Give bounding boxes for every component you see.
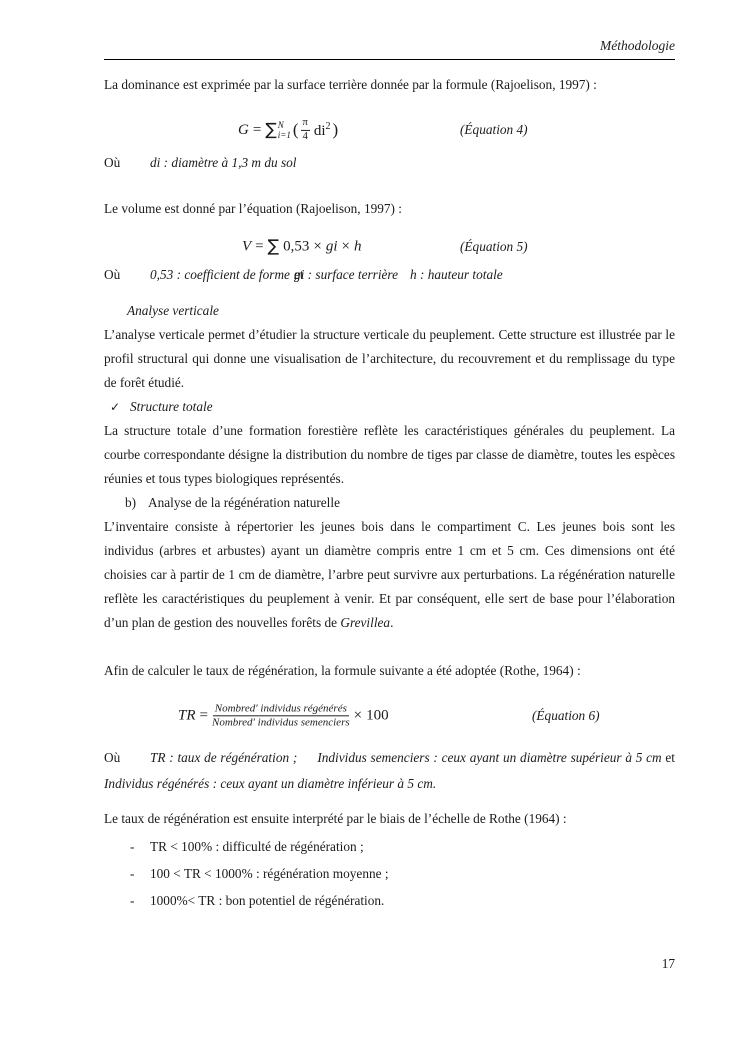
eq4-frac-num: π	[301, 117, 310, 131]
item-b-regeneration: b)Analyse de la régénération naturelle	[104, 491, 675, 515]
eq6-equals: =	[200, 708, 208, 725]
eq4-open-paren: (	[293, 120, 299, 140]
list-item-text: 100 < TR < 1000% : régénération moyenne …	[150, 866, 389, 881]
eq5-times-1: ×	[313, 239, 321, 256]
eq6-lhs: TR	[178, 708, 196, 725]
paragraph-inventaire: L’inventaire consiste à répertorier les …	[104, 515, 675, 635]
genus-name: Grevillea	[340, 615, 390, 630]
running-header: Méthodologie	[104, 38, 675, 54]
eq4-frac-den: 4	[303, 131, 308, 144]
sum-icon: ∑	[265, 122, 276, 139]
bullet-structure-totale: ✓Structure totale	[104, 395, 675, 419]
eq4-di: di	[314, 123, 326, 139]
list-item: -TR < 100% : difficulté de régénération …	[104, 833, 675, 860]
eq6-times: ×	[354, 708, 362, 725]
list-item: -100 < TR < 1000% : régénération moyenne…	[104, 860, 675, 887]
eq5-lhs: V	[242, 239, 251, 256]
equation-5: V = ∑ 0,53 × gi × h (Équation 5)	[104, 235, 675, 259]
eq6-fraction: Nombred′ individus régénérés Nombred′ in…	[212, 702, 350, 729]
page-number: 17	[662, 956, 675, 972]
equation-4-body: G = ∑ N i=1 ( π 4 di2 )	[238, 117, 336, 143]
ou5-seg3: h : hauteur totale	[410, 267, 503, 283]
checkmark-icon: ✓	[110, 395, 130, 419]
eq6-denominator: Nombred′ individus semenciers	[212, 717, 350, 730]
ou-prefix: Où	[104, 745, 150, 771]
document-page: Méthodologie La dominance est exprimée p…	[0, 0, 745, 1053]
list-dash: -	[130, 860, 150, 887]
list-item-text: 1000%< TR : bon potentiel de régénératio…	[150, 893, 384, 908]
bullet-label: Structure totale	[130, 399, 213, 414]
eq5-gi: gi	[326, 239, 338, 256]
paragraph-volume: Le volume est donné par l’équation (Rajo…	[104, 197, 675, 221]
paragraph-interpretation: Le taux de régénération est ensuite inte…	[104, 807, 675, 831]
inventaire-text: L’inventaire consiste à répertorier les …	[104, 519, 675, 630]
equation-4-label: (Équation 4)	[460, 122, 528, 138]
ou6-seg1: TR : taux de régénération ;	[150, 750, 297, 765]
eq6-numerator: Nombred′ individus régénérés	[213, 702, 349, 716]
list-dash: -	[130, 833, 150, 860]
list-dash: -	[130, 887, 150, 914]
ou-line-eq5: Où 0,53 : coefficient de forme ; gi : su…	[104, 267, 675, 287]
rothe-scale-list: -TR < 100% : difficulté de régénération …	[104, 833, 675, 914]
ou5-seg2: gi : surface terrière	[294, 267, 398, 283]
eq5-coefficient: 0,53	[283, 239, 309, 256]
sum-icon: ∑	[268, 239, 279, 256]
item-marker: b)	[125, 491, 148, 515]
ou5-seg1: 0,53 : coefficient de forme ;	[150, 267, 298, 283]
eq6-hundred: 100	[366, 708, 389, 725]
eq4-exponent: 2	[326, 121, 331, 132]
eq4-argument: di2	[314, 121, 331, 140]
eq5-times-2: ×	[342, 239, 350, 256]
heading-analyse-verticale: Analyse verticale	[127, 299, 675, 323]
ou5-et: et	[294, 267, 304, 283]
eq4-sum-limits: N i=1	[278, 120, 291, 141]
list-item-text: TR < 100% : difficulté de régénération ;	[150, 839, 364, 854]
eq4-close-paren: )	[333, 120, 339, 140]
ou6-seg3: Individus régénérés : ceux ayant un diam…	[104, 776, 436, 791]
eq4-pi-fraction: π 4	[301, 117, 310, 143]
paragraph-analyse-verticale: L’analyse verticale permet d’étudier la …	[104, 323, 675, 395]
paragraph-structure-totale: La structure totale d’une formation fore…	[104, 419, 675, 491]
equation-6-label: (Équation 6)	[532, 708, 600, 724]
ou6-seg2: Individus semenciers : ceux ayant un dia…	[317, 750, 661, 765]
ou-line-eq4: Oùdi : diamètre à 1,3 m du sol	[104, 153, 675, 173]
paragraph-dominance: La dominance est exprimée par la surface…	[104, 73, 675, 97]
eq5-equals: =	[255, 239, 263, 256]
ou-line-eq6: OùTR : taux de régénération ;Individus s…	[104, 745, 675, 797]
paragraph-taux-regeneration: Afin de calculer le taux de régénération…	[104, 659, 675, 683]
list-item: -1000%< TR : bon potentiel de régénérati…	[104, 887, 675, 914]
ou-prefix: Où	[104, 267, 120, 283]
equation-6-body: TR = Nombred′ individus régénérés Nombre…	[178, 702, 389, 729]
header-title: Méthodologie	[600, 38, 675, 53]
item-label: Analyse de la régénération naturelle	[148, 495, 340, 510]
eq4-sum-sup: N	[278, 120, 284, 130]
eq4-lhs: G	[238, 122, 249, 139]
equation-5-body: V = ∑ 0,53 × gi × h	[242, 239, 361, 256]
ou4-definition: di : diamètre à 1,3 m du sol	[150, 155, 297, 170]
equation-4: G = ∑ N i=1 ( π 4 di2 ) (Équation 4)	[104, 113, 675, 147]
eq4-sum-sub: i=1	[278, 130, 291, 140]
equation-6: TR = Nombred′ individus régénérés Nombre…	[104, 693, 675, 739]
equation-5-label: (Équation 5)	[460, 239, 528, 255]
eq4-equals: =	[253, 122, 261, 139]
eq5-h: h	[354, 239, 362, 256]
ou-prefix: Où	[104, 153, 150, 173]
ou6-et: et	[665, 750, 675, 765]
inventaire-period: .	[390, 615, 393, 630]
header-rule	[104, 59, 675, 60]
